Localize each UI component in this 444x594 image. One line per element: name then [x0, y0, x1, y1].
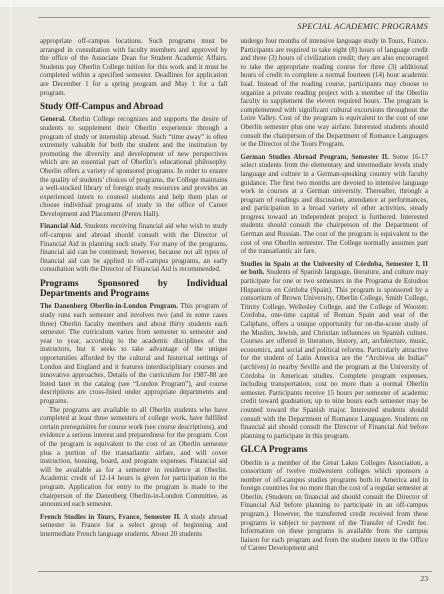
paragraph-lead: French Studies in Tours, France, Semeste… — [40, 513, 181, 521]
scan-edge-top — [0, 0, 444, 7]
paragraph-text: Students of Spanish language, literature… — [241, 268, 429, 439]
body-paragraph: The Danenberg Oberlin-in-London Program.… — [40, 302, 228, 405]
paragraph-lead: Financial Aid. — [40, 222, 82, 230]
paragraph-text: This program of study runs each semester… — [40, 302, 228, 405]
scan-edge-left — [10, 0, 11, 594]
paragraph-lead: General. — [40, 115, 66, 123]
paragraph-text: Oberlin is a member of the Great Lakes C… — [241, 459, 429, 553]
catalog-page: SPECIAL ACADEMIC PROGRAMS appropriate of… — [0, 0, 444, 594]
paragraph-text: Oberlin College recognizes and supports … — [40, 115, 228, 218]
running-head: SPECIAL ACADEMIC PROGRAMS — [38, 21, 428, 31]
page-number: 23 — [38, 574, 428, 583]
body-paragraph: The programs are available to all Oberli… — [40, 406, 228, 509]
paragraph-text: Students receiving financial aid who wis… — [40, 222, 228, 273]
body-paragraph: Financial Aid. Students receiving financ… — [40, 222, 228, 274]
body-paragraph: appropriate off-campus locations. Such p… — [40, 37, 228, 97]
header-rule — [38, 17, 430, 18]
footer-rule — [38, 571, 432, 572]
paragraph-text: The programs are available to all Oberli… — [40, 406, 228, 509]
section-heading: Study Off-Campus and Abroad — [40, 101, 228, 111]
paragraph-text: appropriate off-campus locations. Such p… — [40, 37, 228, 97]
body-paragraph: Oberlin is a member of the Great Lakes C… — [241, 459, 429, 554]
section-heading: GLCA Programs — [241, 444, 429, 454]
body-paragraph: undergo four months of intensive languag… — [241, 37, 429, 149]
paragraph-lead: The Danenberg Oberlin-in-London Program. — [40, 302, 178, 310]
body-paragraph: General. Oberlin College recognizes and … — [40, 115, 228, 218]
body-paragraph: Studies in Spain at the University of Có… — [241, 260, 429, 440]
page-body: appropriate off-campus locations. Such p… — [40, 37, 428, 557]
paragraph-lead: German Studies Abroad Program, Semester … — [241, 153, 390, 161]
paragraph-text: undergo four months of intensive languag… — [241, 37, 429, 148]
body-paragraph: French Studies in Tours, France, Semeste… — [40, 513, 228, 539]
right-column: undergo four months of intensive languag… — [241, 37, 429, 557]
section-heading: Programs Sponsored by Individual Departm… — [40, 278, 228, 298]
body-paragraph: German Studies Abroad Program, Semester … — [241, 153, 429, 256]
left-column: appropriate off-campus locations. Such p… — [40, 37, 228, 557]
paragraph-text: Some 16-17 select students from the elem… — [241, 153, 429, 256]
